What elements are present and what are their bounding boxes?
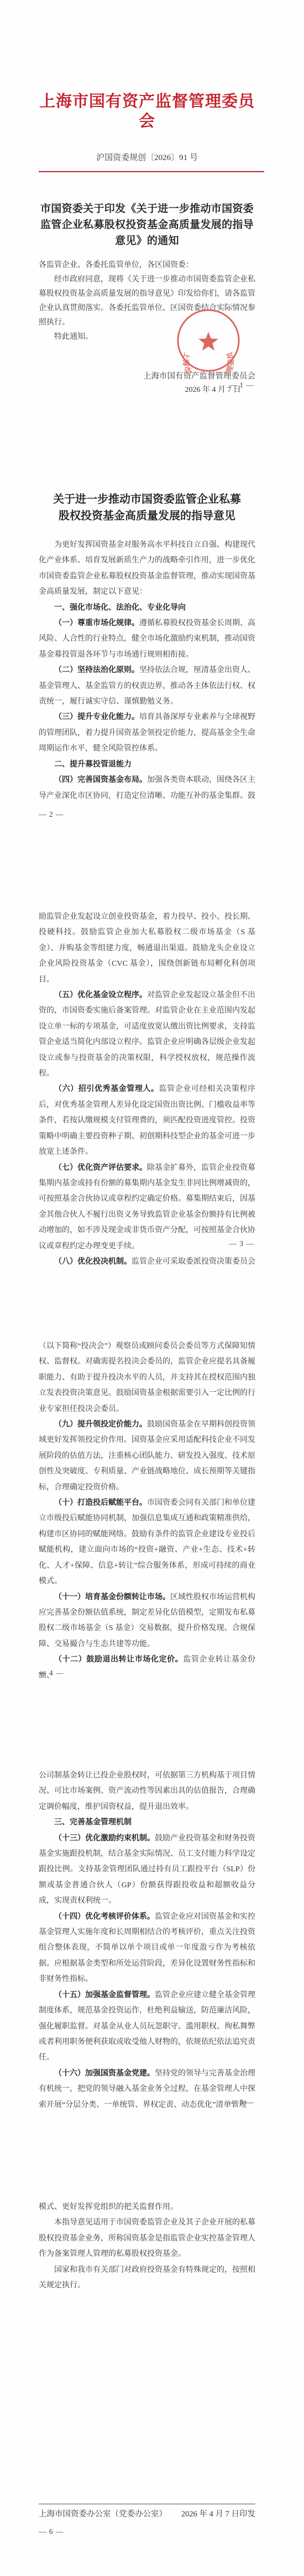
- article-14-lead: （十四）优化考核评价体系。: [54, 1913, 155, 1921]
- article-8-lead: （八）优化投决机制。: [54, 1258, 132, 1266]
- signing-agency: 上海市国有资产监督管理委员会: [39, 370, 255, 383]
- section-heading-3: 三、完善基金管理机制: [39, 1815, 255, 1830]
- article-10: （十）打造投后赋能平台。市国资委会同有关部门和单位建立市级投后赋能协同机制，加强…: [39, 1495, 255, 1589]
- notice-title: 市国资委关于印发《关于进一步推动市国资委监管企业私募股权投资基金高质量发展的指导…: [39, 201, 255, 249]
- page-number-4: — 4 —: [39, 1669, 64, 1678]
- page-3: 励监管企业发起设立创业投资基金，着力投早、投小、投长期、投硬科技。鼓励监管企业加…: [0, 859, 304, 1288]
- article-3: （三）提升专业化能力。培育具备深厚专业素养与全球视野的管理团队，着力提升国资基金…: [39, 710, 255, 757]
- page-4: （以下简称“投决会”）观察员或顾问委员会委员等方式保障知情权、监督权。对确需提名…: [0, 1288, 304, 1717]
- article-4-continuation: 励监管企业发起设立创业投资基金，着力投早、投小、投长期、投硬科技。鼓励监管企业加…: [39, 909, 255, 988]
- article-9: （九）提升领投定价能力。鼓励国资基金在早期科创投资领域更好发挥领投定价作用。国资…: [39, 1417, 255, 1495]
- article-8-text: 监管企业可采取委派投资决策委员会: [132, 1258, 255, 1266]
- article-4: （四）完善国资基金布局。加强各类资本联动，围绕各区主导产业深化市区协同，打造定位…: [39, 773, 255, 804]
- scanned-official-document: 上海市国有资产监督管理委员会 沪国资委规创〔2026〕91 号 市国资委关于印发…: [0, 0, 304, 2576]
- article-2: （二）坚持法治化原则。坚持依法合规，厘清基金出资人、基金管理人、基金监管方的权责…: [39, 663, 255, 710]
- article-1: （一）尊重市场化规律。遵循私募股权投资基金长周期、高风险、人合性的行业特点，健全…: [39, 616, 255, 663]
- article-12: （十二）鼓励退出转让市场化定价。监管企业转让基金份额、: [39, 1652, 255, 1684]
- article-1-lead: （一）尊重市场化规律。: [54, 619, 139, 627]
- article-2-lead: （二）坚持法治化原则。: [54, 666, 139, 674]
- red-divider-rule: [39, 171, 264, 172]
- signing-date: 2026 年 4 月 7 日: [39, 383, 255, 397]
- article-5-lead: （五）优化基金设立程序。: [54, 991, 147, 999]
- page-1: 上海市国有资产监督管理委员会 沪国资委规创〔2026〕91 号 市国资委关于印发…: [0, 0, 304, 429]
- article-8: （八）优化投决机制。监管企业可采取委派投资决策委员会: [39, 1254, 255, 1270]
- article-6: （六）招引优秀基金管理人。监管企业可经相关决策程序后，对优秀基金管理人差异化设定…: [39, 1082, 255, 1160]
- article-16: （十六）加强国资基金党建。坚持党的领导与完善基金治理有机统一，把党的领导融入基金…: [39, 2066, 255, 2113]
- article-13-text: 鼓励产业投资基金和财务投资基金实施跟投机制，结合基金实际情况、员工支付能力科学设…: [39, 1834, 255, 1906]
- article-7-lead: （七）优化资产评估要求。: [54, 1164, 147, 1172]
- recipients-line: 各监管企业、各委托监管单位，各区国资委：: [39, 258, 255, 273]
- article-12-lead: （十二）鼓励退出转让市场化定价。: [54, 1656, 183, 1664]
- section-heading-1: 一、强化市场化、法治化、专业化导向: [39, 600, 255, 616]
- page-number-2: — 2 —: [39, 810, 64, 819]
- page-2: 关于进一步推动市国资委监管企业私募股权投资基金高质量发展的指导意见 为更好发挥国…: [0, 429, 304, 859]
- section-heading-2: 二、提升募投管退能力: [39, 757, 255, 773]
- print-date: 2026 年 4 月 7 日印发: [181, 2509, 255, 2520]
- article-6-text: 监管企业可经相关决策程序后，对优秀基金管理人差异化设定国资出资比例、门槛收益率等…: [39, 1085, 255, 1156]
- notice-paragraph-2: 特此通知。: [39, 330, 255, 344]
- document-number: 沪国资委规创〔2026〕91 号: [39, 152, 255, 163]
- article-5: （五）优化基金设立程序。对监管企业发起设立基金但不出资的，市国资委实施后备案管理…: [39, 988, 255, 1082]
- page-number-6: — 6 —: [39, 2527, 64, 2536]
- scope-paragraph: 本指导意见适用于市国资委监管企业及其子企业开展的私募股权投资基金业务，所称国资基…: [39, 2215, 255, 2262]
- article-14: （十四）优化考核评价体系。监管企业应对国资基金和实控基金管理人实施年度和长周期相…: [39, 1909, 255, 1988]
- guideline-intro: 为更好发挥国资基金对服务高水平科技自立自强、构建现代化产业体系、培育发展新质生产…: [39, 537, 255, 600]
- article-9-lead: （九）提升领投定价能力。: [54, 1420, 147, 1429]
- article-10-text: 市国资委会同有关部门和单位建立市级投后赋能协同机制，加强信息集成互通和政策精准供…: [39, 1499, 255, 1585]
- issuing-office: 上海市国资委办公室（党委办公室）: [39, 2509, 167, 2520]
- article-5-text: 对监管企业发起设立基金但不出资的，市国资委实施后备案管理。对监管企业在主业范围内…: [39, 991, 255, 1078]
- article-15-text: 监管企业应建立健全基金管理制度体系，规范基金投资运作，杜绝利益输送，防范廉洁风险…: [39, 1991, 255, 2062]
- article-16-lead: （十六）加强国资基金党建。: [54, 2069, 155, 2078]
- article-10-lead: （十）打造投后赋能平台。: [54, 1499, 147, 1507]
- special-rules-paragraph: 国家和我市有关部门对政府投资基金有特殊规定的，按照相关规定执行。: [39, 2263, 255, 2294]
- colophon: 上海市国资委办公室（党委办公室） 2026 年 4 月 7 日印发: [39, 2504, 255, 2520]
- agency-red-header: 上海市国有资产监督管理委员会: [39, 0, 255, 131]
- article-14-text: 监管企业应对国资基金和实控基金管理人实施年度和长周期相结合的考核评价，重点关注投…: [39, 1913, 255, 1984]
- article-15: （十五）加强基金监督管理。监管企业应建立健全基金管理制度体系，规范基金投资运作，…: [39, 1988, 255, 2066]
- article-12-continuation: 公司制基金转让已投企业股权时，可依据第三方机构基于项目情况、可比市场案例、资产流…: [39, 1768, 255, 1815]
- article-13-lead: （十三）优化激励约束机制。: [54, 1834, 155, 1843]
- page-5: 公司制基金转让已投企业股权时，可依据第三方机构基于项目情况、可比市场案例、资产流…: [0, 1717, 304, 2147]
- article-6-lead: （六）招引优秀基金管理人。: [54, 1085, 159, 1093]
- article-4-lead: （四）完善国资基金布局。: [54, 776, 147, 784]
- article-7: （七）优化资产评估要求。除基金扩募外，监管企业投资募集期内基金或持有份额的募集期…: [39, 1161, 255, 1254]
- signature-block: 上海市国有资产监督管理委员会 2026 年 4 月 7 日: [39, 370, 255, 397]
- page-number-3: — 3 —: [229, 1239, 255, 1248]
- article-16-continuation: 模式、更好发挥党组织的把关监督作用。: [39, 2200, 255, 2215]
- article-13: （十三）优化激励约束机制。鼓励产业投资基金和财务投资基金实施跟投机制，结合基金实…: [39, 1831, 255, 1909]
- article-8-continuation: （以下简称“投决会”）观察员或顾问委员会委员等方式保障知情权、监督权。对确需提名…: [39, 1339, 255, 1417]
- article-15-lead: （十五）加强基金监督管理。: [54, 1991, 155, 1999]
- notice-paragraph-1: 经市政府同意，现将《关于进一步推动市国资委监管企业私募股权投资基金高质量发展的指…: [39, 273, 255, 330]
- page-number-5: — 5 —: [229, 2098, 255, 2107]
- article-9-text: 鼓励国资基金在早期科创投资领域更好发挥领投定价作用。国资基金应采用适配科技企业不…: [39, 1420, 255, 1492]
- page-6: 模式、更好发挥党组织的把关监督作用。 本指导意见适用于市国资委监管企业及其子企业…: [0, 2147, 304, 2576]
- article-3-lead: （三）提升专业化能力。: [54, 713, 139, 721]
- guideline-title: 关于进一步推动市国资委监管企业私募股权投资基金高质量发展的指导意见: [50, 491, 244, 524]
- page-number-1: — 1 —: [229, 381, 255, 390]
- article-11-lead: （十一）培育基金份额转让市场。: [54, 1593, 170, 1601]
- article-7-text: 除基金扩募外，监管企业投资募集期内基金或持有份额的募集期内基金发生非同比例增减资…: [39, 1164, 255, 1250]
- article-11: （十一）培育基金份额转让市场。区域性股权市场运营机构应完善基金份额估值系统，制定…: [39, 1590, 255, 1653]
